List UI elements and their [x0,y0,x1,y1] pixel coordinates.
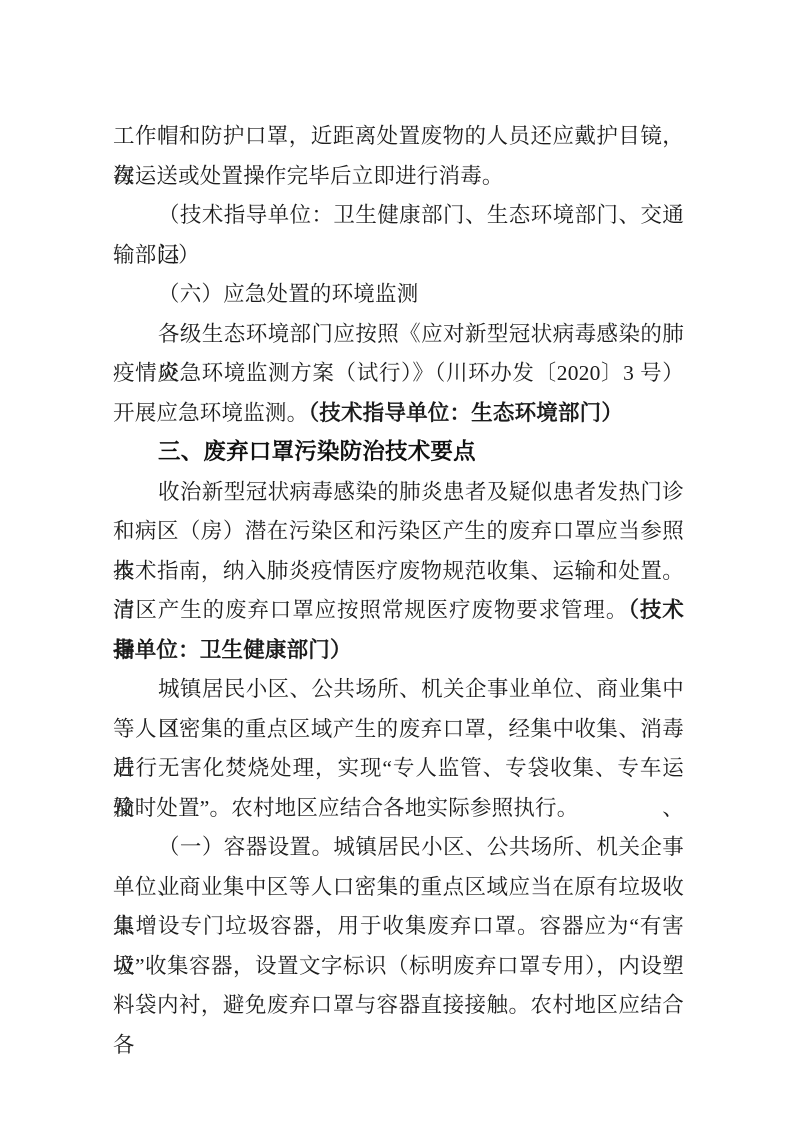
text-line: 洁区产生的废弃口罩应按照常规医疗废物要求管理。（技术指 [113,591,684,631]
text-segment: 疫情应急环境监测方案（试行）》（川环办发〔2020〕3 号） [113,361,684,385]
text-segment: （技术指导单位：生态环境部门） [308,401,623,425]
text-line: 城镇居民小区、公共场所、机关企事业单位、商业集中区 [113,670,684,710]
text-segment: 圾”收集容器，设置文字标识（标明废弃口罩专用），内设塑 [113,954,684,978]
text-line: 次运送或处置操作完毕后立即进行消毒。 [113,157,684,197]
text-line: 输部门） [113,236,684,276]
text-segment: 开展应急环境监测。 [113,401,308,425]
text-line: 圾”收集容器，设置文字标识（标明废弃口罩专用），内设塑 [113,947,684,987]
text-line: （一）容器设置。城镇居民小区、公共场所、机关企事业 [113,828,684,868]
text-segment: 三、废弃口罩污染防治技术要点 [158,439,476,465]
text-line: 技术指南，纳入肺炎疫情医疗废物规范收集、运输和处置。清 [113,552,684,592]
text-line: （六）应急处置的环境监测 [113,275,684,315]
text-segment: 料袋内衬，避免废弃口罩与容器直接接触。农村地区应结合各 [113,993,684,1057]
text-line: 工作帽和防护口罩，近距离处置废物的人员还应戴护目镜，每 [113,117,684,157]
text-line: 点增设专门垃圾容器，用于收集废弃口罩。容器应为“有害垃 [113,907,684,947]
text-line: 疫情应急环境监测方案（试行）》（川环办发〔2020〕3 号） [113,354,684,394]
document-body: 工作帽和防护口罩，近距离处置废物的人员还应戴护目镜，每次运送或处置操作完毕后立即… [113,117,684,1026]
text-segment: 次运送或处置操作完毕后立即进行消毒。 [113,164,504,188]
text-line: 收治新型冠状病毒感染的肺炎患者及疑似患者发热门诊 [113,473,684,513]
text-line: 开展应急环境监测。（技术指导单位：生态环境部门） [113,394,684,434]
text-segment: 洁区产生的废弃口罩应按照常规医疗废物要求管理。 [113,598,628,622]
text-line: 等人口密集的重点区域产生的废弃口罩，经集中收集、消毒后 [113,710,684,750]
text-line: 料袋内衬，避免废弃口罩与容器直接接触。农村地区应结合各 [113,986,684,1026]
text-segment: 导单位：卫生健康部门） [113,638,352,662]
text-line: （技术指导单位：卫生健康部门、生态环境部门、交通运 [113,196,684,236]
text-segment: （六）应急处置的环境监测 [158,282,418,306]
section-heading: 三、废弃口罩污染防治技术要点 [113,433,684,473]
text-segment: 及时处置”。农村地区应结合各地实际参照执行。 [113,796,578,820]
text-segment: 输部门） [113,243,200,267]
text-line: 进行无害化焚烧处理，实现“专人监管、专袋收集、专车运输、 [113,749,684,789]
document-page: 工作帽和防护口罩，近距离处置废物的人员还应戴护目镜，每次运送或处置操作完毕后立即… [0,0,793,1123]
text-line: 导单位：卫生健康部门） [113,631,684,671]
text-line: 单位、商业集中区等人口密集的重点区域应当在原有垃圾收集 [113,868,684,908]
text-line: 和病区（房）潜在污染区和污染区产生的废弃口罩应当参照本 [113,512,684,552]
text-line: 各级生态环境部门应按照《应对新型冠状病毒感染的肺炎 [113,315,684,355]
text-segment: 收治新型冠状病毒感染的肺炎患者及疑似患者发热门诊 [158,480,684,504]
